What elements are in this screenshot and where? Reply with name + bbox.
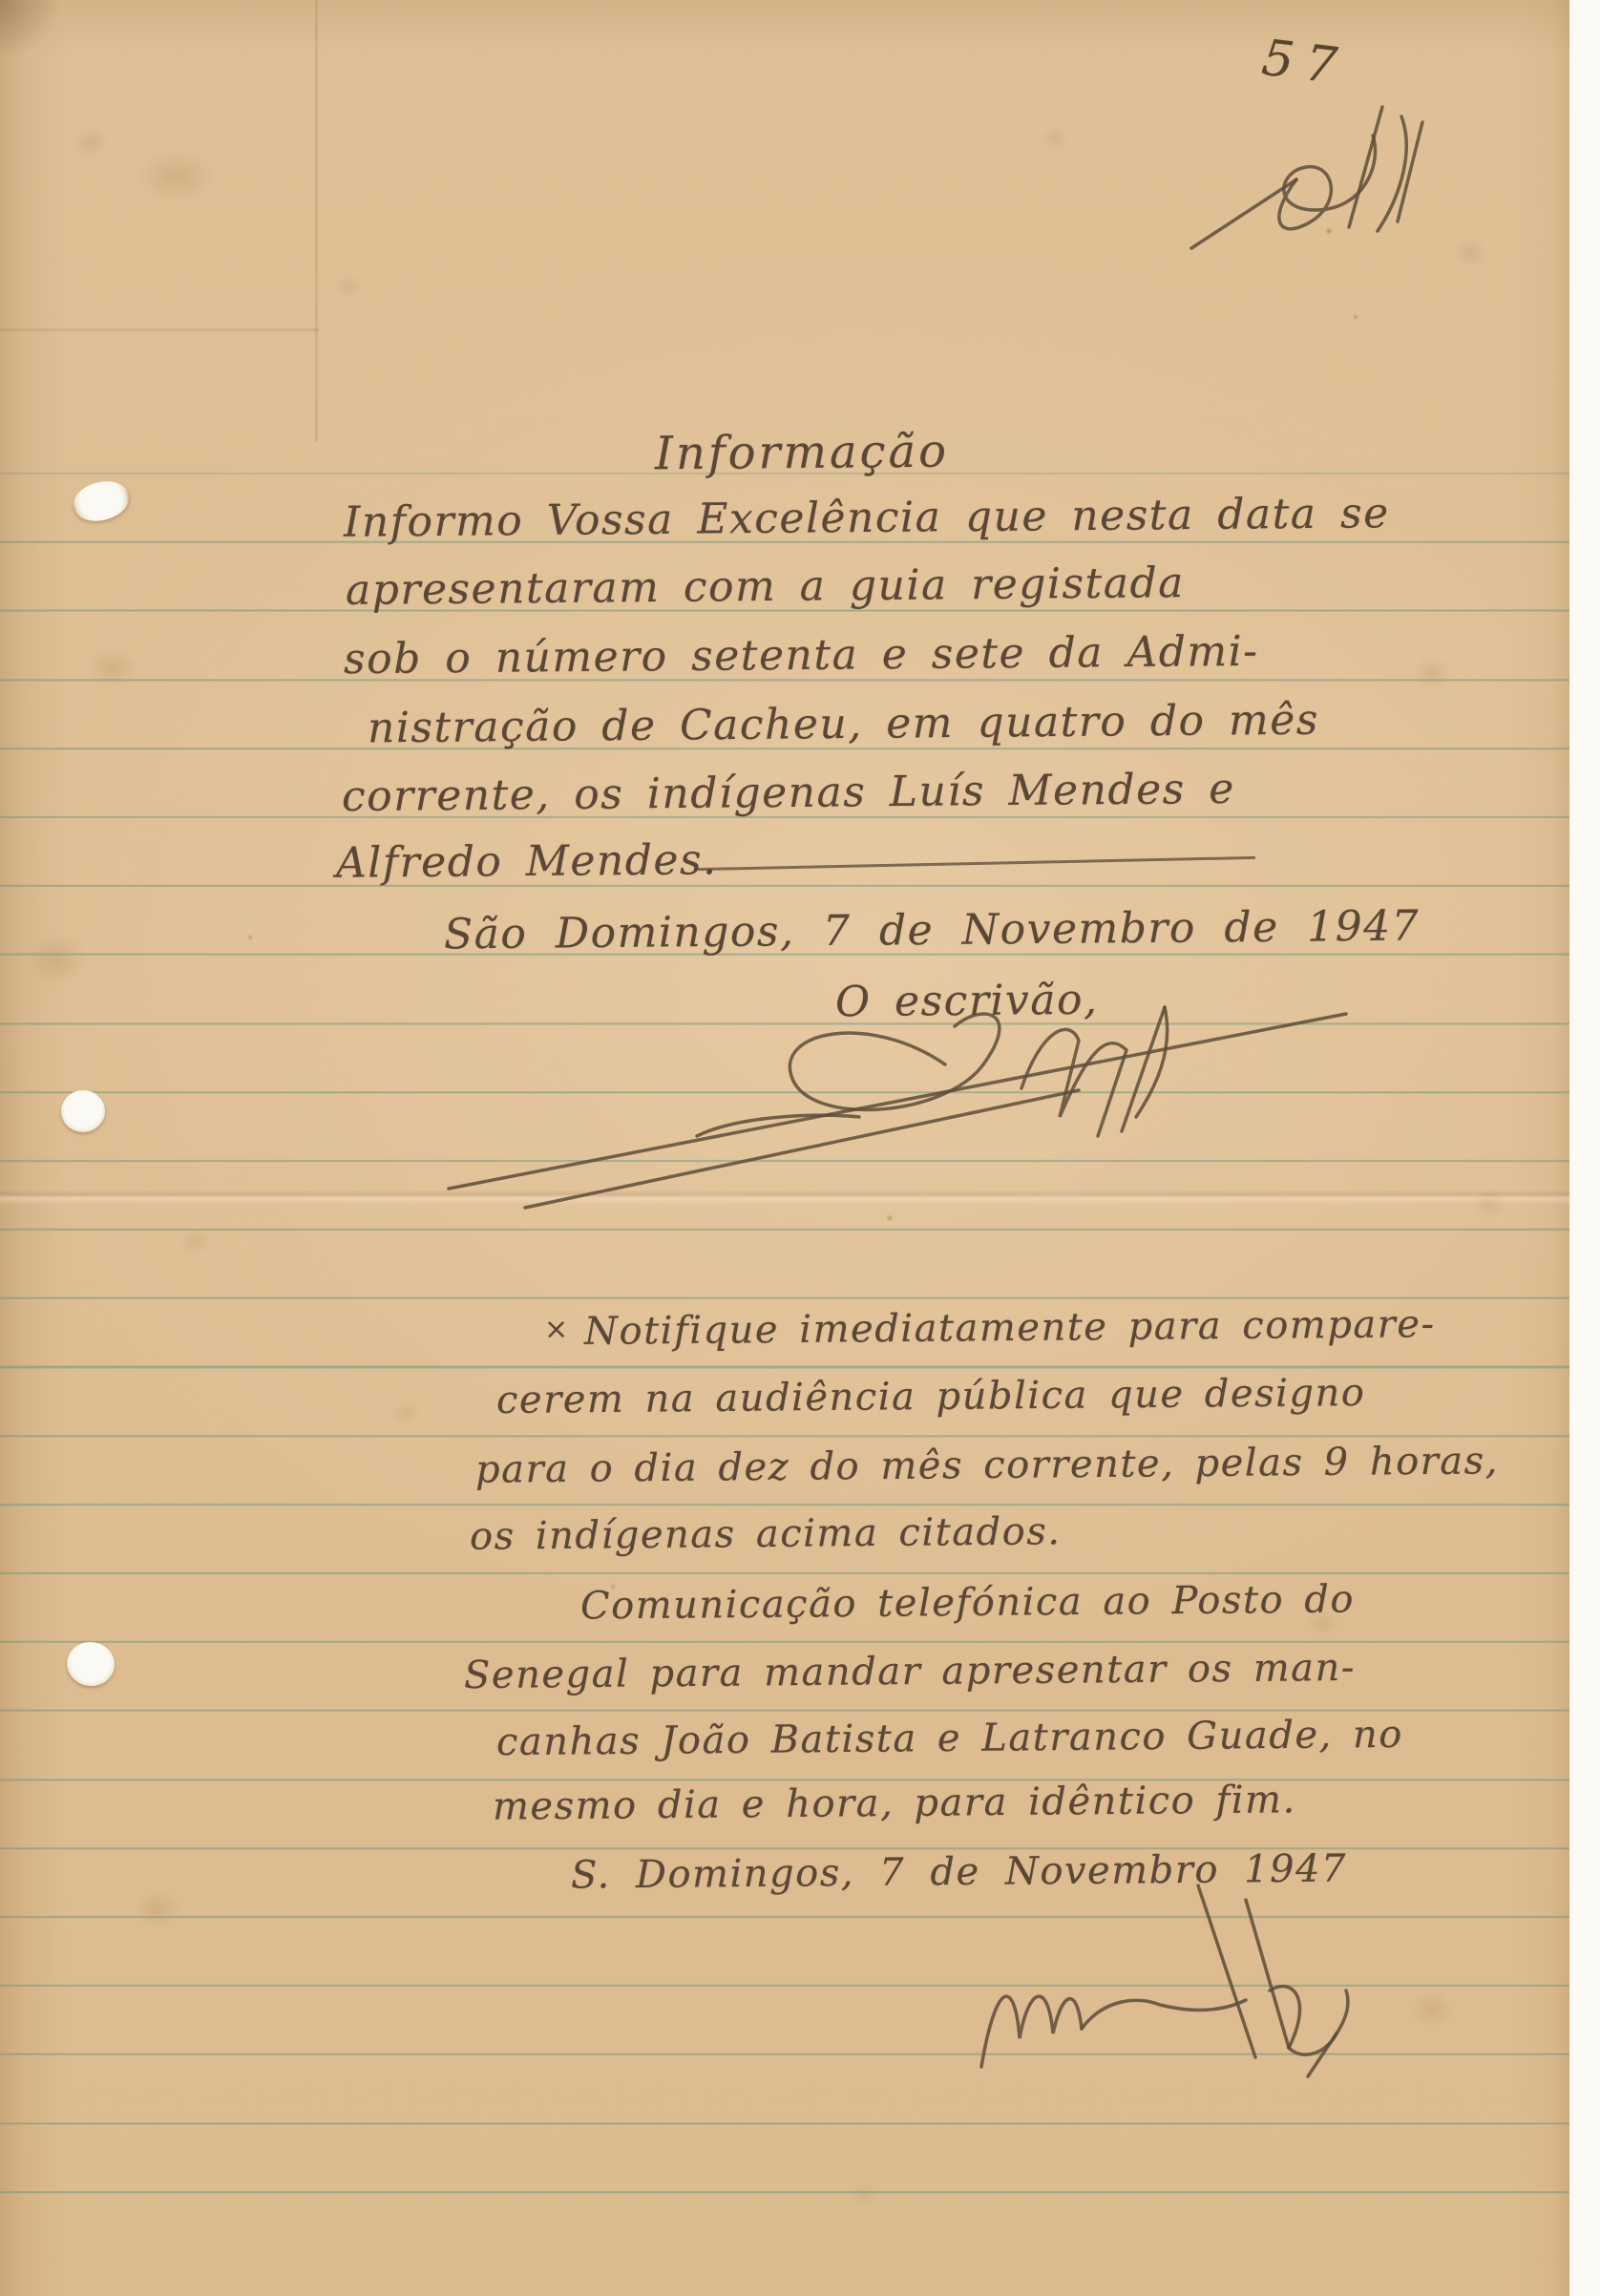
rubric-signature: [1184, 57, 1470, 267]
corner-crease-horizontal: [0, 328, 319, 331]
handwritten-line: apresentaram com a guia registada: [346, 562, 1185, 612]
scanner-background: [1569, 0, 1600, 2296]
handwritten-line: Notifique imediatamente para compare-: [584, 1305, 1436, 1351]
informacao-dateline: São Domingos, 7 de Novembro de 1947: [444, 906, 1420, 957]
handwritten-line: para o dia dez do mês corrente, pelas 9 …: [475, 1442, 1499, 1488]
handwritten-line: mesmo dia e hora, para idêntico fim.: [493, 1780, 1296, 1825]
handwritten-line: canhas João Batista e Latranco Guade, no: [496, 1716, 1403, 1761]
handwritten-line: corrente, os indígenas Luís Mendes e: [342, 769, 1235, 818]
handwritten-line: nistração de Cacheu, em quatro do mês: [368, 700, 1319, 750]
document-title: Informação: [535, 428, 1069, 478]
cross-mark-icon: ×: [544, 1316, 570, 1344]
handwritten-line: Senegal para mandar apresentar os man-: [464, 1649, 1356, 1695]
handwritten-line: sob o número setenta e sete da Admi-: [344, 631, 1259, 681]
official-signature: [964, 1866, 1413, 2086]
handwritten-line: cerem na audiência pública que designo: [496, 1374, 1366, 1420]
handwritten-line: Comunicação telefónica ao Posto do: [580, 1580, 1355, 1625]
corner-crease-vertical: [315, 0, 318, 441]
handwritten-line: Informo Vossa Excelência que nesta data …: [344, 493, 1390, 544]
handwritten-line: os indígenas acima citados.: [470, 1512, 1062, 1555]
escrivao-signature: [411, 974, 1384, 1222]
scanned-document: 57 Informação Informo Vossa Excelência q…: [0, 0, 1600, 2296]
handwritten-line: Alfredo Mendes.: [336, 839, 718, 884]
punch-hole: [61, 1090, 105, 1132]
